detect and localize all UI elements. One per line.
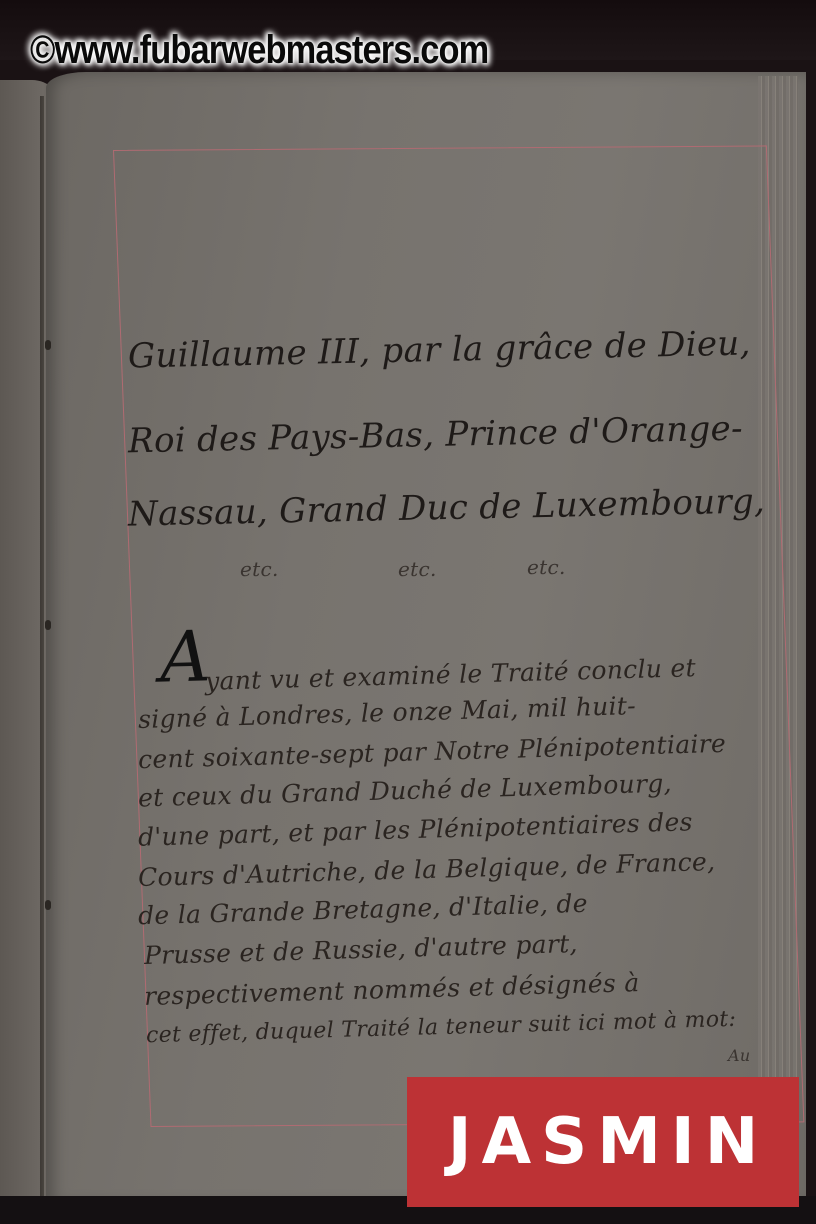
logo-text: JASMIN — [438, 1105, 769, 1179]
catchword: Au — [728, 1046, 750, 1065]
binding-stitch — [45, 900, 51, 910]
etc-2: etc. — [398, 557, 437, 581]
binding-stitch — [45, 340, 51, 350]
watermark: ©www.fubarwebmasters.com — [30, 28, 488, 73]
etc-3: etc. — [527, 555, 566, 579]
book-gutter — [40, 96, 44, 1224]
jasmin-logo: JASMIN — [407, 1077, 799, 1207]
etc-1: etc. — [240, 557, 279, 581]
drop-cap: A — [159, 621, 212, 692]
binding-stitch — [45, 620, 51, 630]
